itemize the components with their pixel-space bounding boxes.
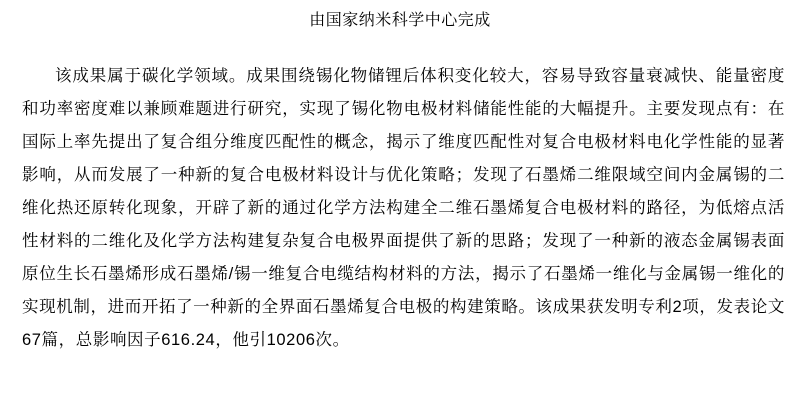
body-paragraph: 该成果属于碳化学领域。成果围绕锡化物储锂后体积变化较大，容易导致容量衰减快、能量… bbox=[22, 60, 785, 357]
document-page: 由国家纳米科学中心完成 该成果属于碳化学领域。成果围绕锡化物储锂后体积变化较大，… bbox=[0, 0, 800, 394]
document-title: 由国家纳米科学中心完成 bbox=[0, 0, 800, 32]
